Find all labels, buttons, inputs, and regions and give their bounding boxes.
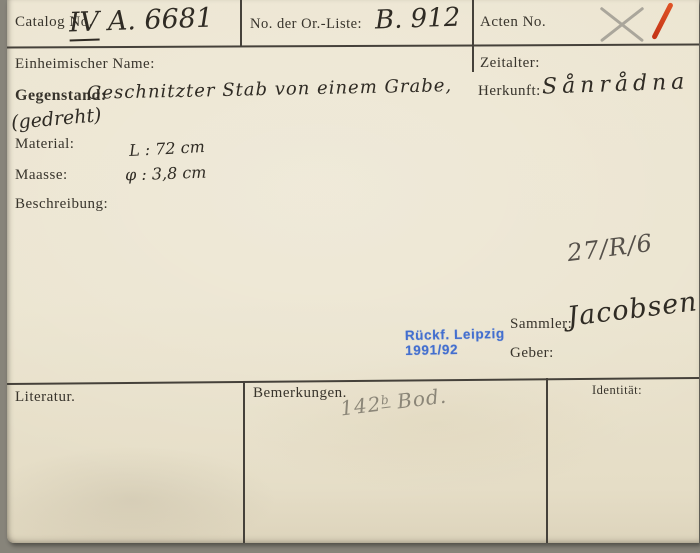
gegenstand-value: Geschnitzter Stab von einem Grabe, — [87, 75, 453, 104]
catalog-card: Catalog No. IV A. 6681 No. der Or.-Liste… — [7, 0, 699, 543]
sammler-label: Sammler: — [510, 316, 572, 333]
herkunft-label: Herkunft: — [478, 83, 541, 100]
pencil-number: 27/R/6 — [566, 229, 655, 267]
maasse-length-value: L : 72 cm — [129, 137, 206, 160]
catalog-no-value: IV A. 6681 — [69, 2, 214, 38]
pencil-x-mark — [599, 6, 645, 44]
orliste-value: B. 912 — [375, 3, 461, 36]
einheimischer-name-label: Einheimischer Name: — [15, 56, 155, 73]
material-label: Material: — [15, 136, 74, 153]
maasse-diameter-value: φ : 3,8 cm — [125, 163, 207, 185]
footer-divider-2 — [546, 378, 548, 543]
maasse-label: Maasse: — [15, 167, 68, 184]
gegenstand-note: (gedreht) — [10, 104, 102, 134]
identitaet-label: Identität: — [592, 383, 642, 398]
footer-divider-1 — [243, 381, 245, 543]
geber-label: Geber: — [510, 345, 554, 362]
literatur-label: Literatur. — [15, 389, 75, 406]
acten-no-label: Acten No. — [480, 14, 546, 31]
header-bottom-rule — [7, 43, 699, 48]
herkunft-value: Sånrådna — [542, 69, 690, 99]
red-crayon-mark — [651, 2, 674, 40]
bemerkungen-number: 142 — [339, 392, 383, 421]
orliste-label: No. der Or.-Liste: — [250, 16, 362, 33]
stamp-line2: 1991/92 — [405, 341, 505, 358]
bemerkungen-label: Bemerkungen. — [253, 385, 347, 402]
bemerkungen-rest: Bod. — [388, 384, 448, 415]
sammler-value: Jacobsen — [566, 286, 700, 333]
rueckfuehrung-leipzig-stamp: Rückf. Leipzig 1991/92 — [405, 326, 506, 358]
zeitalter-label: Zeitalter: — [480, 55, 540, 72]
catalog-no-roman: IV — [69, 6, 100, 41]
header-divider-1 — [240, 0, 242, 46]
stamp-line1: Rückf. Leipzig — [405, 326, 505, 343]
header-divider-2 — [472, 0, 474, 72]
scanned-catalog-card-page: Catalog No. IV A. 6681 No. der Or.-Liste… — [0, 0, 700, 553]
bemerkungen-value: 142b Bod. — [339, 384, 448, 421]
catalog-no-number: A. 6681 — [99, 2, 214, 37]
beschreibung-label: Beschreibung: — [15, 196, 108, 213]
